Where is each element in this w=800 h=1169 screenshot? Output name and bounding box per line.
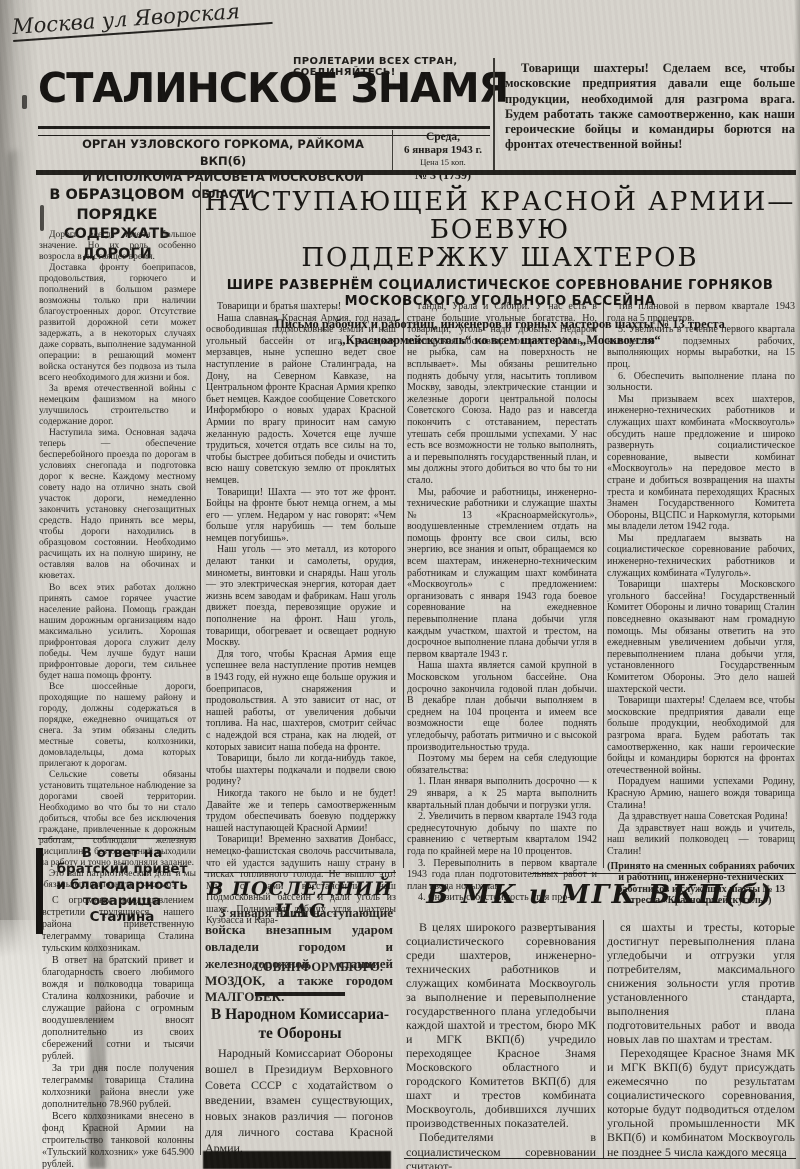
appeal-box: Товарищи шахтеры! Сделаем все, чтобы мос…	[505, 61, 795, 153]
paragraph: 1. План января выполнить досрочно — к 29…	[407, 776, 597, 811]
paragraph: Никогда такого не было и не будет! Давай…	[206, 788, 396, 834]
paragraph: Дороги всегда имели большое значение. Но…	[39, 230, 196, 263]
paragraph: Наступила зима. Основная задача теперь —…	[39, 428, 196, 582]
paragraph: За время отечественной войны с немецким …	[39, 384, 196, 428]
commissariat-title-line-2: те Обороны	[204, 1025, 396, 1044]
column-rule	[603, 298, 604, 868]
date-weekday: Среда,	[396, 131, 490, 144]
reply-title-line-1: В ответ на братский привет	[48, 846, 196, 878]
price: Цена 15 коп.	[396, 157, 490, 168]
bottom-rule	[404, 1158, 796, 1159]
paragraph: В ответ на братский привет и благодарнос…	[42, 955, 194, 1063]
stalin-reply-body: С огромным воодушевлением встретили труд…	[42, 895, 194, 1169]
paragraph: Да здравствует наш вождь и учитель, наш …	[607, 823, 795, 858]
date-box: Среда, 6 января 1943 г. Цена 15 коп. № 3…	[396, 131, 490, 183]
scan-black-bar	[203, 1151, 391, 1169]
paragraph: За три дня после получения телеграммы то…	[42, 1063, 194, 1111]
paragraph: Все шоссейные дороги, проходящие по наше…	[39, 682, 196, 770]
scan-speck	[22, 95, 27, 109]
date: 6 января 1943 г.	[396, 144, 490, 157]
organ-line-1: ОРГАН УЗЛОВСКОГО ГОРКОМА, РАЙКОМА ВКП(б)	[58, 136, 388, 169]
paragraph: Товарищи! Шахта — это тот же фронт. Бойц…	[206, 487, 396, 545]
roads-article-body: Дороги всегда имели большое значение. Но…	[39, 230, 196, 891]
short-divider-bar	[255, 992, 345, 996]
headline-line-1: НАСТУПАЮЩЕЙ КРАСНОЙ АРМИИ—БОЕВУЮ	[204, 188, 796, 244]
letter-column-1: Товарищи и братья шахтеры!Наша славная К…	[206, 301, 396, 927]
paragraph: Для того, чтобы Красная Армия еще успешн…	[206, 649, 396, 753]
paragraph: ганды, Урала и Сибири. У нас есть в стра…	[407, 301, 597, 487]
paragraph: Мы призываем всех шахтеров, инженерно-те…	[607, 394, 795, 533]
commissariat-title-line-1: В Народном Комиссариа-	[204, 1006, 396, 1025]
paragraph: ся шахты и тресты, которые достигнут пер…	[607, 920, 795, 1046]
scan-shadow	[8, 150, 22, 1050]
masthead-bottom-rule	[36, 170, 796, 175]
sovinformburo-signature: СОВИНФОРМБЮРО.	[205, 960, 383, 975]
mk-mgk-column-2: ся шахты и тресты, которые достигнут пер…	[607, 920, 795, 1159]
commissariat-text: Народный Комиссариат Обороны вошел в Пре…	[205, 1046, 393, 1157]
paragraph: тив плановой в первом квартале 1943 года…	[607, 301, 795, 324]
section-divider	[204, 872, 396, 873]
paragraph: Товарищи и братья шахтеры!	[206, 301, 396, 313]
paragraph: Товарищи шахтеры Московского угольного б…	[607, 579, 795, 695]
paragraph: Мы, рабочие и работницы, инженерно-техни…	[407, 487, 597, 661]
column-rule	[603, 920, 604, 1158]
paragraph: Товарищи шахтеры! Сделаем все, чтобы мос…	[607, 695, 795, 776]
paragraph: С огромным воодушевлением встретили труд…	[42, 895, 194, 955]
paragraph: 5. Увеличить в течение первого квартала …	[607, 324, 795, 370]
section-divider	[530, 873, 796, 874]
headline-line-2: ПОДДЕРЖКУ ШАХТЕРОВ	[204, 244, 796, 272]
paragraph: 6. Обеспечить выполнение плана по зольно…	[607, 371, 795, 394]
commissariat-title: В Народном Комиссариа- те Обороны	[204, 1006, 396, 1043]
paragraph: Доставка фронту боеприпасов, продовольст…	[39, 263, 196, 384]
column-rule	[200, 182, 201, 1155]
appeal-text: Товарищи шахтеры! Сделаем все, чтобы мос…	[505, 61, 795, 153]
paragraph: Наша славная Красная Армия, год назад ос…	[206, 313, 396, 487]
paragraph: Товарищи, было ли когда-нибудь такое, чт…	[206, 753, 396, 788]
paragraph: Мы предлагаем вызвать на социалистическо…	[607, 533, 795, 579]
paragraph: Поэтому мы берем на себя следующие обяза…	[407, 753, 597, 776]
column-rule	[403, 298, 404, 868]
paragraph: 2. Увеличить в первом квартале 1943 года…	[407, 811, 597, 857]
roads-title-line-1: В ОБРАЗЦОВОМ ПОРЯДКЕ	[38, 186, 196, 225]
newspaper-title: СТАЛИНСКОЕ ЗНАМЯ	[38, 64, 484, 112]
letter-column-3: тив плановой в первом квартале 1943 года…	[607, 301, 795, 907]
newspaper-scan: Москва ул Яворская ПРОЛЕТАРИИ ВСЕХ СТРАН…	[0, 0, 800, 1169]
paragraph: Переходящее Красное Знамя МК и МГК ВКП(б…	[607, 1046, 795, 1158]
paragraph: Порадуем нашими успехами Родину, Красную…	[607, 776, 795, 811]
paragraph: Наш уголь — это металл, из которого дела…	[206, 544, 396, 648]
mk-mgk-column-1: В целях широкого развертывания социалист…	[406, 920, 596, 1169]
paragraph: Всего колхозниками внесено в фонд Красно…	[42, 1111, 194, 1169]
subhead-line-1: ШИРЕ РАЗВЕРНЁМ СОЦИАЛИСТИЧЕСКОЕ СОРЕВНОВ…	[204, 278, 796, 294]
paragraph: Во всех этих работах должно принять само…	[39, 583, 196, 682]
section-divider	[38, 838, 196, 839]
paragraph: Да здравствует наша Советская Родина!	[607, 811, 795, 823]
handwritten-note: Москва ул Яворская	[11, 0, 272, 42]
letter-column-2: ганды, Урала и Сибири. У нас есть в стра…	[407, 301, 597, 904]
masthead-divider-rule	[493, 58, 495, 172]
paragraph: Наша шахта является самой крупной в Моск…	[407, 660, 597, 753]
paragraph: В целях широкого развертывания социалист…	[406, 920, 596, 1130]
commissariat-body: Народный Комиссариат Обороны вошел в Пре…	[205, 1046, 393, 1157]
date-separator-rule	[392, 130, 393, 170]
mk-mgk-title: В МК и МГК ВКП(б)	[404, 880, 796, 910]
paragraph: Победителями в социалистическом соревнов…	[406, 1130, 596, 1169]
